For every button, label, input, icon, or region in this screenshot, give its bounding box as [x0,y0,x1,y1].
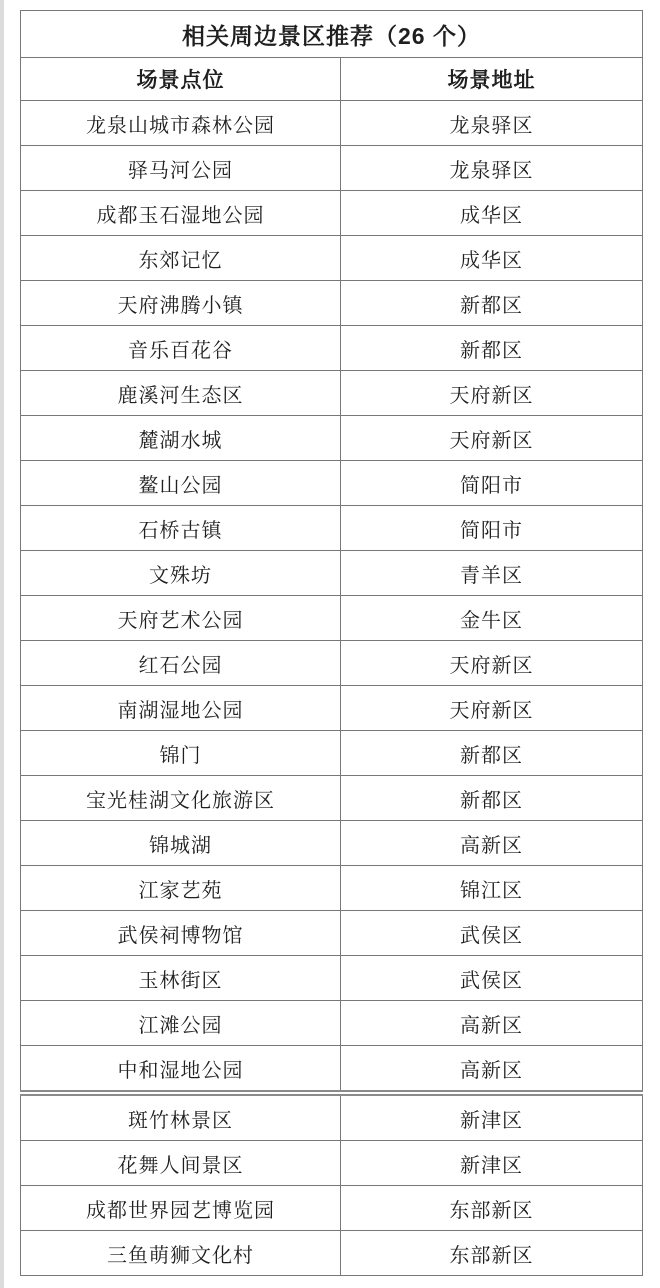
spot-address-cell: 高新区 [341,1001,643,1046]
table-row: 东郊记忆成华区 [21,236,643,281]
column-header-row: 场景点位 场景地址 [21,58,643,101]
table-row: 花舞人间景区新津区 [21,1141,643,1186]
spot-name-cell: 石桥古镇 [21,506,341,551]
table-row: 音乐百花谷新都区 [21,326,643,371]
table-row: 江滩公园高新区 [21,1001,643,1046]
spot-address-cell: 新都区 [341,326,643,371]
scenic-spots-table: 相关周边景区推荐（26 个） 场景点位 场景地址 龙泉山城市森林公园龙泉驿区驿马… [20,10,643,1276]
spot-name-cell: 宝光桂湖文化旅游区 [21,776,341,821]
column-header-spot: 场景点位 [21,58,341,101]
spot-name-cell: 驿马河公园 [21,146,341,191]
spot-name-cell: 武侯祠博物馆 [21,911,341,956]
spot-name-cell: 鹿溪河生态区 [21,371,341,416]
spot-address-cell: 武侯区 [341,956,643,1001]
spot-name-cell: 天府艺术公园 [21,596,341,641]
spot-address-cell: 新都区 [341,731,643,776]
column-header-address: 场景地址 [341,58,643,101]
spot-name-cell: 红石公园 [21,641,341,686]
spot-name-cell: 成都玉石湿地公园 [21,191,341,236]
spot-address-cell: 武侯区 [341,911,643,956]
spot-address-cell: 天府新区 [341,371,643,416]
table-row: 天府沸腾小镇新都区 [21,281,643,326]
spot-name-cell: 东郊记忆 [21,236,341,281]
spot-address-cell: 高新区 [341,1046,643,1094]
spot-address-cell: 锦江区 [341,866,643,911]
spot-name-cell: 玉林街区 [21,956,341,1001]
table-row: 中和湿地公园高新区 [21,1046,643,1094]
title-row: 相关周边景区推荐（26 个） [21,11,643,58]
spot-name-cell: 三鱼萌狮文化村 [21,1231,341,1276]
table-row: 驿马河公园龙泉驿区 [21,146,643,191]
spot-address-cell: 新都区 [341,281,643,326]
spot-address-cell: 新津区 [341,1093,643,1141]
spot-name-cell: 中和湿地公园 [21,1046,341,1094]
spot-address-cell: 天府新区 [341,686,643,731]
table-row: 龙泉山城市森林公园龙泉驿区 [21,101,643,146]
spot-address-cell: 成华区 [341,236,643,281]
spot-address-cell: 简阳市 [341,506,643,551]
spot-address-cell: 简阳市 [341,461,643,506]
left-edge-strip [0,0,4,1288]
table-row: 红石公园天府新区 [21,641,643,686]
spot-name-cell: 文殊坊 [21,551,341,596]
table-row: 三鱼萌狮文化村东部新区 [21,1231,643,1276]
spot-name-cell: 南湖湿地公园 [21,686,341,731]
spot-name-cell: 麓湖水城 [21,416,341,461]
spot-address-cell: 东部新区 [341,1231,643,1276]
spot-address-cell: 新都区 [341,776,643,821]
table-row: 玉林街区武侯区 [21,956,643,1001]
table-row: 南湖湿地公园天府新区 [21,686,643,731]
spot-name-cell: 花舞人间景区 [21,1141,341,1186]
table-row: 宝光桂湖文化旅游区新都区 [21,776,643,821]
page: 相关周边景区推荐（26 个） 场景点位 场景地址 龙泉山城市森林公园龙泉驿区驿马… [0,0,660,1288]
spot-address-cell: 成华区 [341,191,643,236]
table-row: 锦门新都区 [21,731,643,776]
spot-address-cell: 龙泉驿区 [341,146,643,191]
spot-address-cell: 天府新区 [341,641,643,686]
table-body: 龙泉山城市森林公园龙泉驿区驿马河公园龙泉驿区成都玉石湿地公园成华区东郊记忆成华区… [21,101,643,1276]
spot-address-cell: 高新区 [341,821,643,866]
table-row: 成都玉石湿地公园成华区 [21,191,643,236]
table-row: 武侯祠博物馆武侯区 [21,911,643,956]
table-row: 文殊坊青羊区 [21,551,643,596]
spot-name-cell: 成都世界园艺博览园 [21,1186,341,1231]
table-row: 成都世界园艺博览园东部新区 [21,1186,643,1231]
spot-address-cell: 天府新区 [341,416,643,461]
spot-name-cell: 江家艺苑 [21,866,341,911]
table-row: 江家艺苑锦江区 [21,866,643,911]
spot-address-cell: 龙泉驿区 [341,101,643,146]
spot-address-cell: 金牛区 [341,596,643,641]
spot-address-cell: 东部新区 [341,1186,643,1231]
spot-name-cell: 锦门 [21,731,341,776]
spot-name-cell: 江滩公园 [21,1001,341,1046]
spot-name-cell: 斑竹林景区 [21,1093,341,1141]
spot-name-cell: 天府沸腾小镇 [21,281,341,326]
spot-address-cell: 青羊区 [341,551,643,596]
spot-name-cell: 龙泉山城市森林公园 [21,101,341,146]
table-row: 锦城湖高新区 [21,821,643,866]
spot-name-cell: 音乐百花谷 [21,326,341,371]
table-row: 石桥古镇简阳市 [21,506,643,551]
table-row: 鳌山公园简阳市 [21,461,643,506]
spot-name-cell: 鳌山公园 [21,461,341,506]
table-title: 相关周边景区推荐（26 个） [21,11,643,58]
table-row: 麓湖水城天府新区 [21,416,643,461]
spot-address-cell: 新津区 [341,1141,643,1186]
spot-name-cell: 锦城湖 [21,821,341,866]
table-row: 斑竹林景区新津区 [21,1093,643,1141]
table-row: 天府艺术公园金牛区 [21,596,643,641]
table-row: 鹿溪河生态区天府新区 [21,371,643,416]
